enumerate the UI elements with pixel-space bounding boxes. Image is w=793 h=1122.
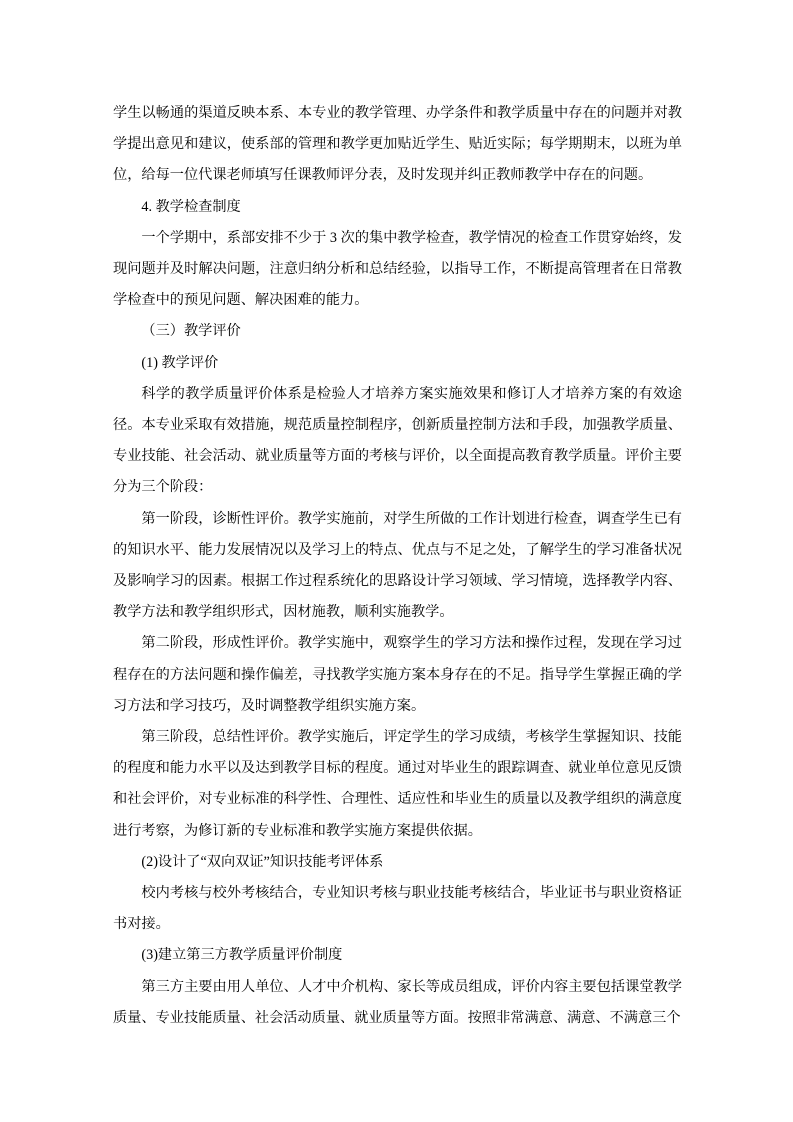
heading-2-dual-certificate-system: (2)设计了“双向双证”知识技能考评体系 <box>113 847 682 878</box>
paragraph-continuation: 学生以畅通的渠道反映本系、本专业的教学管理、办学条件和教学质量中存在的问题并对教… <box>113 98 682 192</box>
document-page: 学生以畅通的渠道反映本系、本专业的教学管理、办学条件和教学质量中存在的问题并对教… <box>0 0 793 1122</box>
paragraph-stage-1-diagnostic: 第一阶段，诊断性评价。教学实施前，对学生所做的工作计划进行检查，调查学生已有的知… <box>113 504 682 629</box>
heading-3-third-party-evaluation: (3)建立第三方教学质量评价制度 <box>113 940 682 971</box>
heading-1-teaching-evaluation: (1) 教学评价 <box>113 348 682 379</box>
paragraph-stage-2-formative: 第二阶段，形成性评价。教学实施中，观察学生的学习方法和操作过程，发现在学习过程存… <box>113 628 682 722</box>
paragraph-evaluation-overview: 科学的教学质量评价体系是检验人才培养方案实施效果和修订人才培养方案的有效途径。本… <box>113 379 682 504</box>
paragraph-third-party-detail: 第三方主要由用人单位、人才中介机构、家长等成员组成，评价内容主要包括课堂教学质量… <box>113 972 682 1034</box>
paragraph-inspection-detail: 一个学期中，系部安排不少于 3 次的集中教学检查，教学情况的检查工作贯穿始终，发… <box>113 223 682 317</box>
heading-4-teaching-inspection-system: 4. 教学检查制度 <box>113 192 682 223</box>
paragraph-dual-certificate-detail: 校内考核与校外考核结合，专业知识考核与职业技能考核结合，毕业证书与职业资格证书对… <box>113 878 682 940</box>
heading-section-3-teaching-evaluation: （三）教学评价 <box>113 316 682 347</box>
paragraph-stage-3-summative: 第三阶段，总结性评价。教学实施后，评定学生的学习成绩，考核学生掌握知识、技能的程… <box>113 722 682 847</box>
